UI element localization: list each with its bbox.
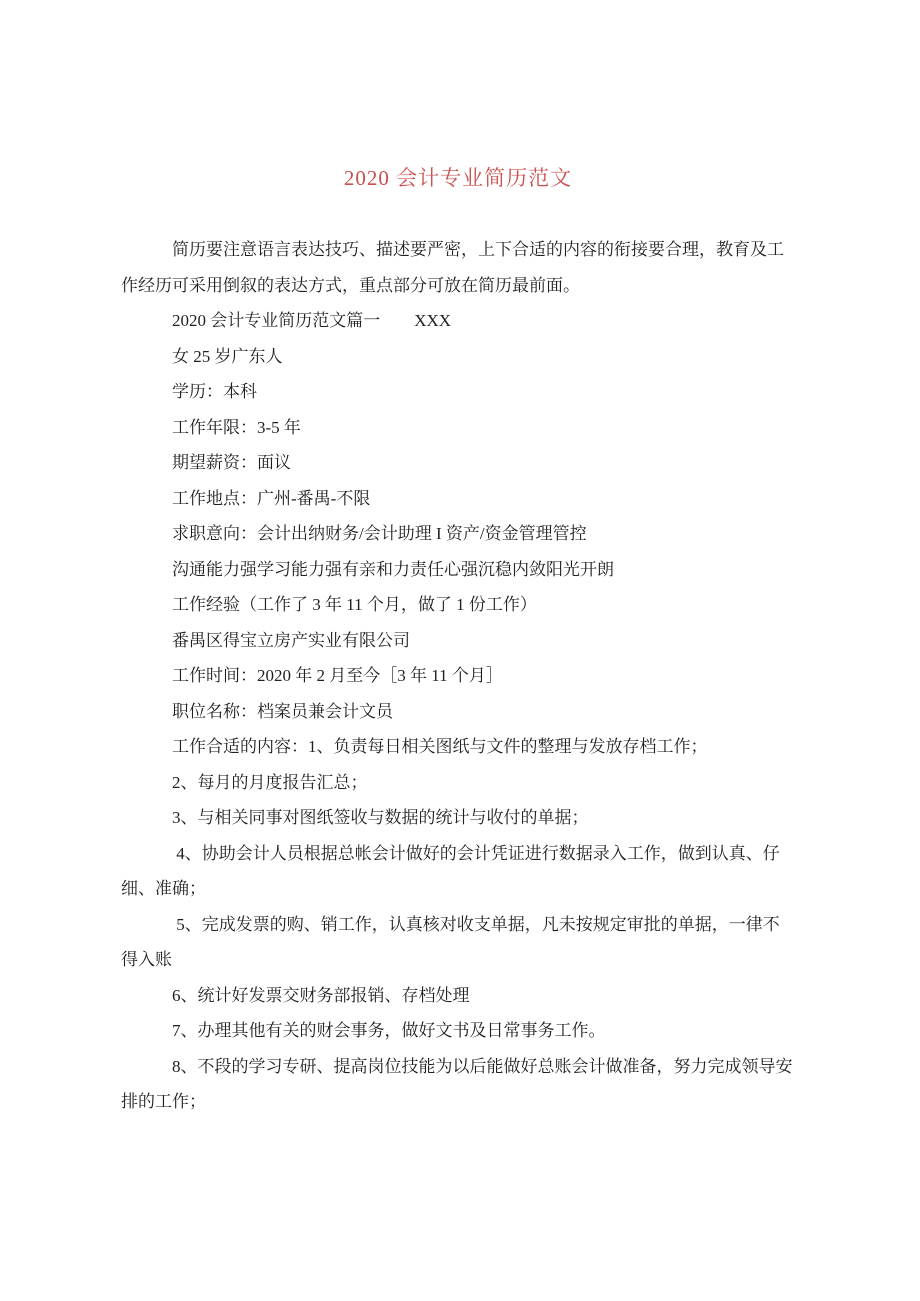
paragraph: 期望薪资：面议 — [121, 445, 795, 481]
paragraph: 4、协助会计人员根据总帐会计做好的会计凭证进行数据录入工作，做到认真、仔细、准确… — [121, 836, 795, 907]
paragraph: 3、与相关同事对图纸签收与数据的统计与收付的单据； — [121, 800, 795, 836]
paragraph: 职位名称：档案员兼会计文员 — [121, 694, 795, 730]
paragraph: 沟通能力强学习能力强有亲和力责任心强沉稳内敛阳光开朗 — [121, 552, 795, 588]
paragraph: 工作经验（工作了 3 年 11 个月，做了 1 份工作） — [121, 587, 795, 623]
doc-title: 2020 会计专业简历范文 — [121, 160, 795, 196]
paragraph: 学历：本科 — [121, 374, 795, 410]
document-page: 2020 会计专业简历范文 简历要注意语言表达技巧、描述要严密，上下合适的内容的… — [0, 0, 920, 1301]
paragraph: 6、统计好发票交财务部报销、存档处理 — [121, 978, 795, 1014]
paragraph: 工作年限：3-5 年 — [121, 410, 795, 446]
paragraph: 番禺区得宝立房产实业有限公司 — [121, 623, 795, 659]
paragraph: 工作时间：2020 年 2 月至今［3 年 11 个月］ — [121, 658, 795, 694]
paragraph: 工作地点：广州-番禺-不限 — [121, 481, 795, 517]
paragraph: 求职意向：会计出纳财务/会计助理 I 资产/资金管理管控 — [121, 516, 795, 552]
paragraph: 7、办理其他有关的财会事务，做好文书及日常事务工作。 — [121, 1013, 795, 1049]
paragraph: 工作合适的内容：1、负责每日相关图纸与文件的整理与发放存档工作； — [121, 729, 795, 765]
doc-body: 简历要注意语言表达技巧、描述要严密，上下合适的内容的衔接要合理，教育及工作经历可… — [121, 232, 795, 1120]
paragraph: 8、不段的学习专研、提高岗位技能为以后能做好总账会计做准备，努力完成领导安排的工… — [121, 1049, 795, 1120]
paragraph: 2020 会计专业简历范文篇一 XXX — [121, 303, 795, 339]
paragraph: 2、每月的月度报告汇总； — [121, 765, 795, 801]
paragraph: 女 25 岁广东人 — [121, 339, 795, 375]
paragraph: 简历要注意语言表达技巧、描述要严密，上下合适的内容的衔接要合理，教育及工作经历可… — [121, 232, 795, 303]
paragraph: 5、完成发票的购、销工作，认真核对收支单据，凡未按规定审批的单据，一律不得入账 — [121, 907, 795, 978]
